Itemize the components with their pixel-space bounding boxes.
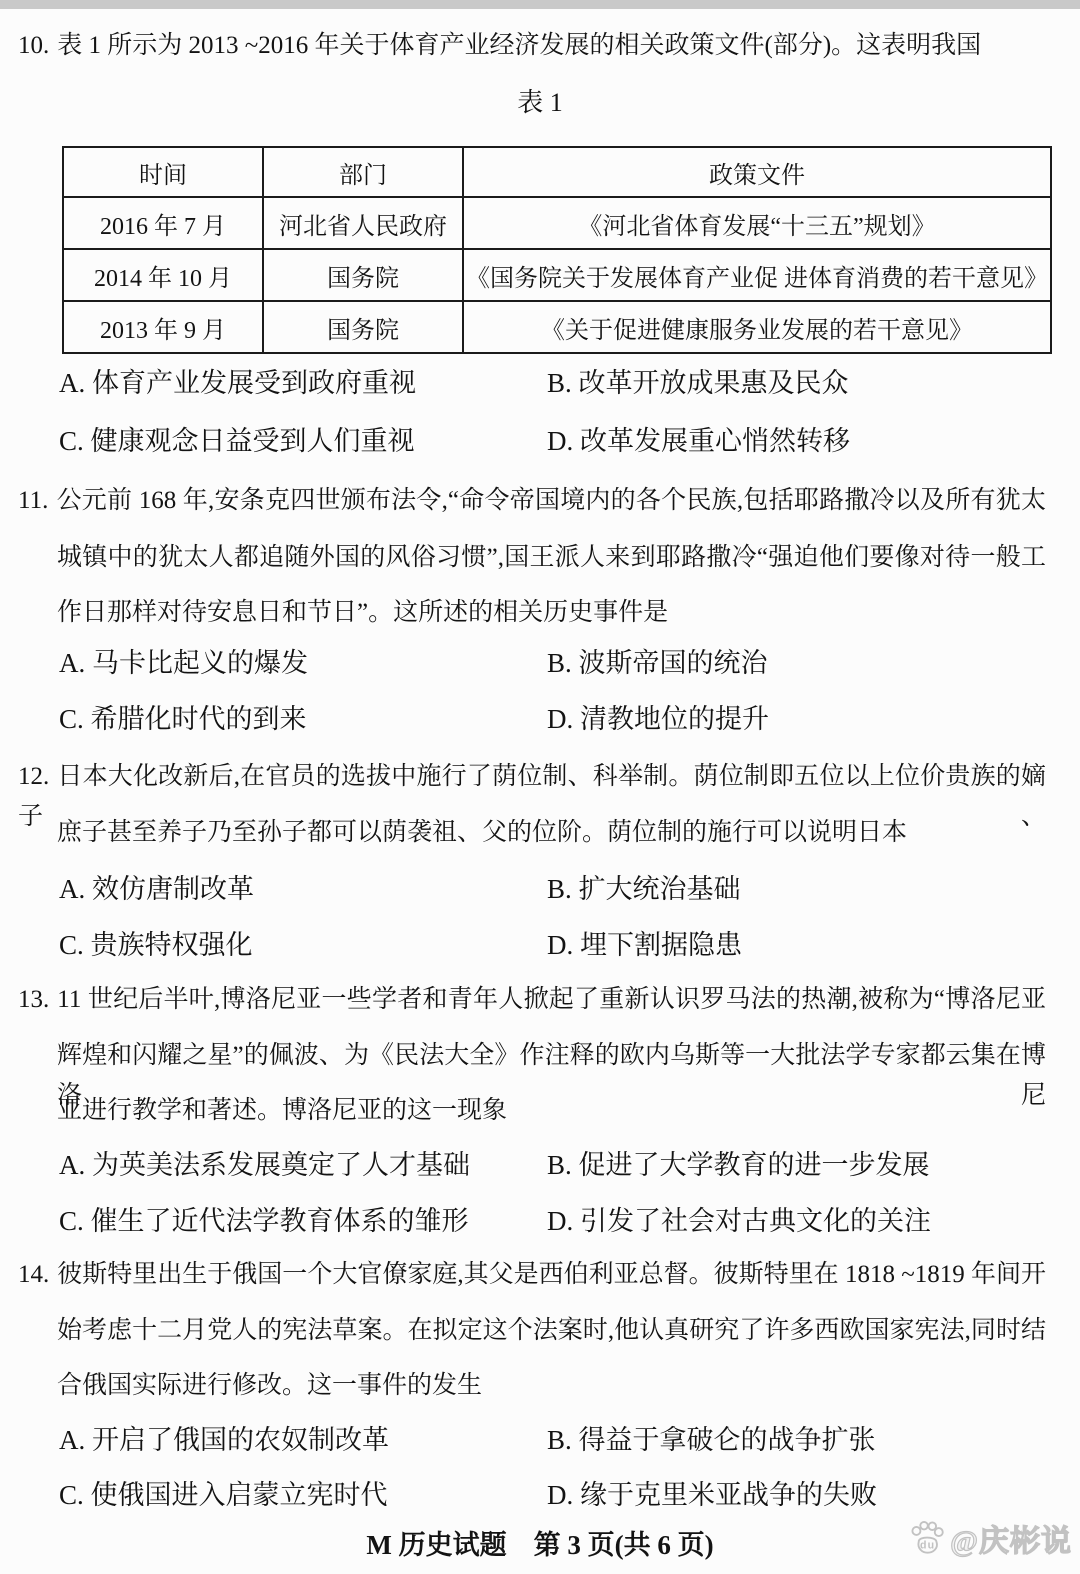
option-d: D. 缘于克里米亚战争的失败 (547, 1474, 877, 1516)
option-b: B. 波斯帝国的统治 (547, 642, 768, 684)
table-cell-dept: 国务院 (263, 249, 463, 301)
policy-table-row-2014: 2014 年 10 月 国务院 《国务院关于发展体育产业促 进体育消费的若干意见… (63, 249, 1051, 301)
option-d: D. 清教地位的提升 (547, 698, 769, 740)
baidu-paw-icon: du (907, 1518, 947, 1558)
option-c: C. 催生了近代法学教育体系的雏形 (59, 1200, 547, 1242)
option-d: D. 引发了社会对古典文化的关注 (547, 1200, 931, 1242)
policy-table-row-2016: 2016 年 7 月 河北省人民政府 《河北省体育发展“十三五”规划》 (63, 197, 1051, 249)
policy-table-header-row: 时间 部门 政策文件 (63, 147, 1051, 197)
table-cell-time: 2013 年 9 月 (63, 301, 263, 353)
table-cell-doc: 《国务院关于发展体育产业促 进体育消费的若干意见》 (463, 249, 1051, 301)
table-1-caption: 表 1 (0, 83, 1080, 123)
watermark: du @庆彬说 (907, 1516, 1072, 1560)
question-13-stem: 13.11 世纪后半叶,博洛尼亚一些学者和青年人掀起了重新认识罗马法的热潮,被称… (18, 980, 1046, 1020)
policy-table-header-doc: 政策文件 (463, 147, 1051, 197)
question-10-number: 10. (18, 32, 57, 59)
question-10-stem: 10.表 1 所示为 2013 ~2016 年关于体育产业经济发展的相关政策文件… (18, 26, 1046, 66)
option-b: B. 得益于拿破仑的战争扩张 (547, 1419, 876, 1461)
question-12-stem: 12.日本大化改新后,在官员的选拔中施行了荫位制、科举制。荫位制即五位以上位价贵… (18, 757, 1046, 797)
question-13-options-ab: A. 为英美法系发展奠定了人才基础B. 促进了大学教育的进一步发展 (59, 1144, 1046, 1186)
table-cell-doc: 《关于促进健康服务业发展的若干意见》 (463, 301, 1051, 353)
question-12-options-ab: A. 效仿唐制改革B. 扩大统治基础 (59, 868, 1046, 910)
table-cell-time: 2016 年 7 月 (63, 197, 263, 249)
question-13-options-cd: C. 催生了近代法学教育体系的雏形D. 引发了社会对古典文化的关注 (59, 1200, 1046, 1242)
option-b: B. 促进了大学教育的进一步发展 (547, 1144, 930, 1186)
option-c: C. 希腊化时代的到来 (59, 698, 547, 740)
exam-page: { "page": { "footer_text": "M 历史试题 第 3 页… (0, 0, 1080, 1574)
question-13-number: 13. (18, 986, 57, 1013)
table-cell-dept: 河北省人民政府 (263, 197, 463, 249)
question-11-options-cd: C. 希腊化时代的到来D. 清教地位的提升 (59, 698, 1046, 740)
option-d: D. 改革发展重心悄然转移 (547, 420, 850, 462)
option-a: A. 为英美法系发展奠定了人才基础 (59, 1144, 547, 1186)
question-13-stem-line1: 11 世纪后半叶,博洛尼亚一些学者和青年人掀起了重新认识罗马法的热潮,被称为“博… (57, 986, 1046, 1013)
question-14-number: 14. (18, 1261, 57, 1288)
option-b: B. 改革开放成果惠及民众 (547, 362, 849, 404)
option-a: A. 开启了俄国的农奴制改革 (59, 1419, 547, 1461)
policy-table-header-time: 时间 (63, 147, 263, 197)
question-14-stem-line3: 合俄国实际进行修改。这一事件的发生 (57, 1366, 1046, 1406)
option-d: D. 埋下割据隐患 (547, 924, 742, 966)
option-c: C. 使俄国进入启蒙立宪时代 (59, 1474, 547, 1516)
question-12-stem-line2: 庶子甚至养子乃至孙子都可以荫袭祖、父的位阶。荫位制的施行可以说明日本 (57, 813, 1046, 853)
option-c: C. 健康观念日益受到人们重视 (59, 420, 547, 462)
question-11-stem-line2: 城镇中的犹太人都追随外国的风俗习惯”,国王派人来到耶路撒冷“强迫他们要像对待一般… (57, 538, 1046, 578)
table-cell-doc: 《河北省体育发展“十三五”规划》 (463, 197, 1051, 249)
policy-table-row-2013: 2013 年 9 月 国务院 《关于促进健康服务业发展的若干意见》 (63, 301, 1051, 353)
question-11-number: 11. (18, 487, 56, 514)
question-11-stem: 11.公元前 168 年,安条克四世颁布法令,“命令帝国境内的各个民族,包括耶路… (18, 481, 1046, 521)
question-14-stem: 14.彼斯特里出生于俄国一个大官僚家庭,其父是西伯利亚总督。彼斯特里在 1818… (18, 1255, 1046, 1295)
table-cell-dept: 国务院 (263, 301, 463, 353)
question-14-options-ab: A. 开启了俄国的农奴制改革B. 得益于拿破仑的战争扩张 (59, 1419, 1046, 1461)
option-b: B. 扩大统治基础 (547, 868, 741, 910)
option-c: C. 贵族特权强化 (59, 924, 547, 966)
question-13-stem-line2: 辉煌和闪耀之星”的佩波、为《民法大全》作注释的欧内乌斯等一大批法学专家都云集在博… (57, 1036, 1046, 1076)
option-a: A. 体育产业发展受到政府重视 (59, 362, 547, 404)
question-10-options-cd: C. 健康观念日益受到人们重视D. 改革发展重心悄然转移 (59, 420, 1046, 462)
question-14-stem-line2: 始考虑十二月党人的宪法草案。在拟定这个法案时,他认真研究了许多西欧国家宪法,同时… (57, 1311, 1046, 1351)
table-cell-time: 2014 年 10 月 (63, 249, 263, 301)
question-13-stem-line3: 亚进行教学和著述。博洛尼亚的这一现象 (57, 1091, 1046, 1131)
question-12-number: 12. (18, 763, 57, 790)
scan-edge-strip (0, 0, 1080, 9)
question-14-options-cd: C. 使俄国进入启蒙立宪时代D. 缘于克里米亚战争的失败 (59, 1474, 1046, 1516)
policy-table: 时间 部门 政策文件 2016 年 7 月 河北省人民政府 《河北省体育发展“十… (62, 146, 1050, 354)
question-11-options-ab: A. 马卡比起义的爆发B. 波斯帝国的统治 (59, 642, 1046, 684)
question-10-stem-text: 表 1 所示为 2013 ~2016 年关于体育产业经济发展的相关政策文件(部分… (57, 32, 981, 59)
question-12-options-cd: C. 贵族特权强化D. 埋下割据隐患 (59, 924, 1046, 966)
question-10-options-ab: A. 体育产业发展受到政府重视B. 改革开放成果惠及民众 (59, 362, 1046, 404)
question-14-stem-line1: 彼斯特里出生于俄国一个大官僚家庭,其父是西伯利亚总督。彼斯特里在 1818 ~1… (57, 1261, 1046, 1288)
question-11-stem-line1: 公元前 168 年,安条克四世颁布法令,“命令帝国境内的各个民族,包括耶路撒冷以… (56, 487, 1046, 514)
question-11-stem-line3: 作日那样对待安息日和节日”。这所述的相关历史事件是 (57, 593, 1046, 633)
option-a: A. 马卡比起义的爆发 (59, 642, 547, 684)
watermark-text: @庆彬说 (950, 1516, 1072, 1560)
option-a: A. 效仿唐制改革 (59, 868, 547, 910)
policy-table-header-dept: 部门 (263, 147, 463, 197)
svg-text:du: du (920, 1540, 935, 1552)
